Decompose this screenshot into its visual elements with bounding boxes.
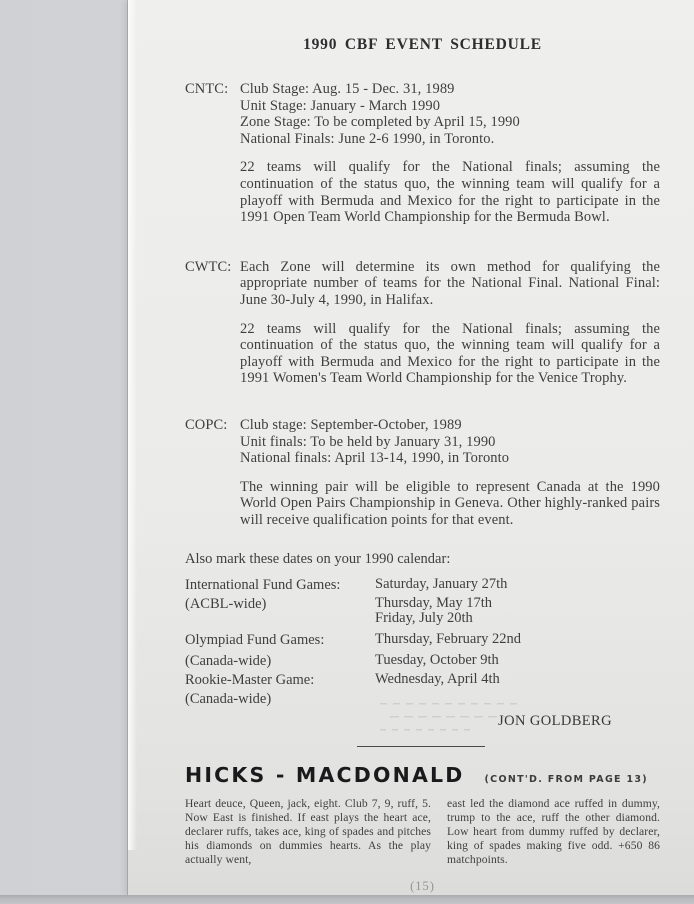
section-divider [357, 746, 485, 747]
calendar-row: International Fund Games: Saturday, Janu… [185, 577, 660, 594]
section-lead: Each Zone will determine its own method … [240, 259, 660, 309]
article-column-left: Heart deuce, Queen, jack, eight. Club 7,… [185, 797, 431, 867]
calendar-date: Thursday, May 17th [375, 596, 492, 612]
article-columns: Heart deuce, Queen, jack, eight. Club 7,… [185, 797, 660, 867]
calendar-intro: Also mark these dates on your 1990 calen… [185, 551, 660, 568]
article-column-right: east led the diamond ace ruffed in dummy… [447, 797, 660, 867]
page-content: 1990 CBF EVENT SCHEDULE CNTC: Club Stage… [128, 36, 694, 894]
calendar-label: (ACBL-wide) [185, 596, 375, 627]
calendar-row: (Canada-wide) Tuesday, October 9th [185, 653, 660, 670]
section-paragraph: 22 teams will qualify for the National f… [240, 321, 660, 387]
section-cntc: CNTC: Club Stage: Aug. 15 - Dec. 31, 198… [185, 81, 660, 226]
section-label: COPC: [185, 417, 240, 529]
byline-row: JON GOLDBERG [185, 713, 660, 730]
section-cwtc: CWTC: Each Zone will determine its own m… [185, 259, 660, 387]
section-body: Club Stage: Aug. 15 - Dec. 31, 1989 Unit… [240, 81, 660, 226]
print-bleedthrough-marks [380, 701, 530, 735]
section-paragraph: The winning pair will be eligible to rep… [240, 479, 660, 529]
calendar-row: Olympiad Fund Games: Thursday, February … [185, 632, 660, 649]
calendar-date: Saturday, January 27th [375, 577, 507, 593]
schedule-line: Unit finals: To be held by January 31, 1… [240, 434, 660, 451]
scan-edge-band [0, 895, 694, 904]
calendar-label: (Canada-wide) [185, 691, 375, 708]
calendar-date: Wednesday, April 4th [375, 672, 500, 688]
calendar-date: Tuesday, October 9th [375, 653, 499, 669]
schedule-line: Club Stage: Aug. 15 - Dec. 31, 1989 [240, 81, 660, 98]
section-label: CWTC: [185, 259, 240, 387]
calendar-label: Rookie-Master Game: [185, 672, 375, 689]
calendar-list: International Fund Games: Saturday, Janu… [185, 577, 660, 707]
section-label: CNTC: [185, 81, 240, 226]
article-title: HICKS - MACDONALD [185, 763, 465, 787]
page-title: 1990 CBF EVENT SCHEDULE [185, 36, 660, 54]
magazine-page: 1990 CBF EVENT SCHEDULE CNTC: Club Stage… [128, 0, 694, 895]
calendar-dates: Wednesday, April 4th [375, 672, 500, 689]
schedule-line: Club stage: September-October, 1989 [240, 417, 660, 434]
calendar-dates: Saturday, January 27th [375, 577, 507, 594]
calendar-label: International Fund Games: [185, 577, 375, 594]
schedule-line: Unit Stage: January - March 1990 [240, 98, 660, 115]
section-body: Club stage: September-October, 1989 Unit… [240, 417, 660, 529]
section-copc: COPC: Club stage: September-October, 198… [185, 417, 660, 529]
calendar-row: Rookie-Master Game: Wednesday, April 4th [185, 672, 660, 689]
schedule-line: National finals: April 13-14, 1990, in T… [240, 450, 660, 467]
calendar-row: (ACBL-wide) Thursday, May 17th Friday, J… [185, 596, 660, 627]
calendar-dates: Thursday, February 22nd [375, 632, 521, 649]
article-header: HICKS - MACDONALD (CONT'D. FROM PAGE 13) [185, 763, 660, 787]
calendar-label: Olympiad Fund Games: [185, 632, 375, 649]
section-body: Each Zone will determine its own method … [240, 259, 660, 387]
calendar-date: Friday, July 20th [375, 611, 492, 627]
scanned-page-background: { "page": { "title": "1990 CBF EVENT SCH… [0, 0, 694, 904]
schedule-line: Zone Stage: To be completed by April 15,… [240, 114, 660, 131]
page-number: (15) [185, 879, 660, 894]
calendar-dates: Tuesday, October 9th [375, 653, 499, 670]
calendar-date: Thursday, February 22nd [375, 632, 521, 648]
article-continued-note: (CONT'D. FROM PAGE 13) [485, 774, 648, 785]
section-paragraph: 22 teams will qualify for the National f… [240, 159, 660, 225]
schedule-line: National Finals: June 2-6 1990, in Toron… [240, 131, 660, 148]
calendar-dates: Thursday, May 17th Friday, July 20th [375, 596, 492, 627]
calendar-label: (Canada-wide) [185, 653, 375, 670]
